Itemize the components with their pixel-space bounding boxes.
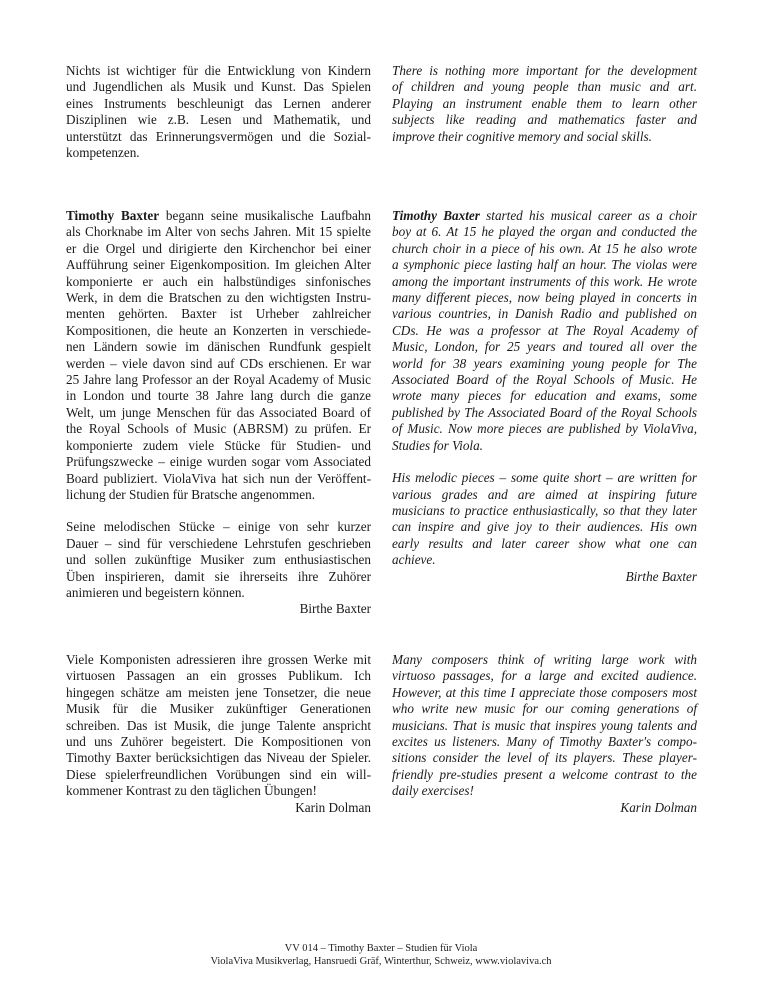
text-line: virtuoso passages, for a large and excit… bbox=[392, 668, 697, 684]
text-line: Musik für die Musiker zukünftiger Genera… bbox=[66, 701, 371, 717]
text-line: of Music. Now more pieces are published … bbox=[392, 421, 697, 437]
bio-german-first-line: Timothy Baxter begann seine musikalische… bbox=[66, 208, 371, 224]
text-line: musicians. That is music that inspires y… bbox=[392, 718, 697, 734]
page-footer: VV 014 – Timothy Baxter – Studien für Vi… bbox=[0, 942, 762, 968]
text-line: can inspire and give joy to their audien… bbox=[392, 519, 697, 535]
intro-english: There is nothing more important for the … bbox=[392, 63, 697, 145]
quote-english: Many composers think of writing large wo… bbox=[392, 652, 697, 816]
footer-publisher: ViolaViva Musikverlag, Hansruedi Gräf, W… bbox=[0, 955, 762, 968]
text-line: CDs. He was a professor at The Royal Aca… bbox=[392, 323, 697, 339]
text-line: subjects like reading and mathematics fa… bbox=[392, 112, 697, 128]
text-line: church choir in a piece of his own. At 1… bbox=[392, 241, 697, 257]
text-line: improve their cognitive memory and socia… bbox=[392, 129, 697, 145]
text-line: Viele Komponisten adressieren ihre gross… bbox=[66, 652, 371, 668]
text-line: Playing an instrument enable them to lea… bbox=[392, 96, 697, 112]
text-line: Music, London, for 25 years and toured a… bbox=[392, 339, 697, 355]
text-line: als Chorknabe im Alter von sechs Jahren.… bbox=[66, 224, 371, 240]
text-line: Dauer – sind für verschiedene Lehrstufen… bbox=[66, 536, 371, 552]
text-line: Timothy Baxter berücksichtigen das Nivea… bbox=[66, 750, 371, 766]
bio-english: Timothy Baxter started his musical caree… bbox=[392, 208, 697, 585]
text-line: His melodic pieces – some quite short – … bbox=[392, 470, 697, 486]
text-line: achieve. bbox=[392, 552, 697, 568]
text-line: Diese spielerfreundlichen Vorübungen sin… bbox=[66, 767, 371, 783]
text-line: Studies for Viola. bbox=[392, 438, 697, 454]
text-line: Üben inspirieren, damit sie ihrerseits i… bbox=[66, 569, 371, 585]
quote-german: Viele Komponisten adressieren ihre gross… bbox=[66, 652, 371, 816]
quote-german-body: Viele Komponisten adressieren ihre gross… bbox=[66, 652, 371, 800]
text-line: Associated Board of the Royal Schools of… bbox=[392, 372, 697, 388]
text-line: Nichts ist wichtiger für die Entwicklung… bbox=[66, 63, 371, 79]
composer-name-en: Timothy Baxter bbox=[392, 208, 480, 223]
text-line: komponierte er auch ein halbstündiges si… bbox=[66, 274, 371, 290]
text-line: und sollen zukünftige Musiker zum enthus… bbox=[66, 552, 371, 568]
text-line: world for 38 years examining young peopl… bbox=[392, 356, 697, 372]
text-line: Prüfungszwecke – einige wurden sogar vom… bbox=[66, 454, 371, 470]
text-line: komponierte zudem viele Stücke für Studi… bbox=[66, 438, 371, 454]
text-line: Werk, in dem die Bratschen zu den wichti… bbox=[66, 290, 371, 306]
bio-english-p2: His melodic pieces – some quite short – … bbox=[392, 470, 697, 568]
bio-english-first-line: Timothy Baxter started his musical caree… bbox=[392, 208, 697, 224]
text-line: friendly pre-studies present a welcome c… bbox=[392, 767, 697, 783]
signature-karin-dolman-de: Karin Dolman bbox=[66, 800, 371, 816]
signature-birthe-baxter-de: Birthe Baxter bbox=[66, 601, 371, 617]
text-line: Seine melodischen Stücke – einige von se… bbox=[66, 519, 371, 535]
text-line: eines Instruments beschleunigt das Lerne… bbox=[66, 96, 371, 112]
text-line: boy at 6. At 15 he played the organ and … bbox=[392, 224, 697, 240]
text-line: Board publiziert. ViolaViva hat sich nun… bbox=[66, 471, 371, 487]
text-line: Many composers think of writing large wo… bbox=[392, 652, 697, 668]
text-line: musicians to practice enthusiastically, … bbox=[392, 503, 697, 519]
text-line: unterstützt das Erinnerungsvermögen und … bbox=[66, 129, 371, 145]
text-line: various grades and are aimed at inspirin… bbox=[392, 487, 697, 503]
bio-english-body: boy at 6. At 15 he played the organ and … bbox=[392, 224, 697, 454]
text-line: er die Orgel und dirigierte den Kirchenc… bbox=[66, 241, 371, 257]
text-line: menten gehörten. Baxter ist Urheber zahl… bbox=[66, 306, 371, 322]
text-line: in London und tourte 38 Jahre lang durch… bbox=[66, 388, 371, 404]
text-line: many different pieces, now being played … bbox=[392, 290, 697, 306]
text-line: sitions consider the level of its player… bbox=[392, 750, 697, 766]
footer-title: VV 014 – Timothy Baxter – Studien für Vi… bbox=[0, 942, 762, 955]
text-line: of children and young people than music … bbox=[392, 79, 697, 95]
bio-german-body: als Chorknabe im Alter von sechs Jahren.… bbox=[66, 224, 371, 503]
quote-english-body: Many composers think of writing large wo… bbox=[392, 652, 697, 800]
text-line: schreiben. Das ist Musik, die junge Tale… bbox=[66, 718, 371, 734]
text-line: who write new music for our coming gener… bbox=[392, 701, 697, 717]
text-line: various countries, in Danish Radio and p… bbox=[392, 306, 697, 322]
text-line: virtuosen Passagen an ein grosses Publik… bbox=[66, 668, 371, 684]
text-line: animieren und begeistern können. bbox=[66, 585, 371, 601]
text-line: among the important instruments of this … bbox=[392, 274, 697, 290]
text-line: Aufführung seiner Eigenkomposition. Im g… bbox=[66, 257, 371, 273]
text-line: und Jugendlichen als Musik und Kunst. Da… bbox=[66, 79, 371, 95]
text-line: kommener Kontrast zu den täglichen Übung… bbox=[66, 783, 371, 799]
bio-german-p2: Seine melodischen Stücke – einige von se… bbox=[66, 519, 371, 601]
bio-german: Timothy Baxter begann seine musikalische… bbox=[66, 208, 371, 618]
composer-name: Timothy Baxter bbox=[66, 208, 159, 223]
text-line: the Royal Schools of Music (ABRSM) zu pr… bbox=[66, 421, 371, 437]
text-line: daily exercises! bbox=[392, 783, 697, 799]
signature-karin-dolman-en: Karin Dolman bbox=[392, 800, 697, 816]
text-line: published by The Associated Board of the… bbox=[392, 405, 697, 421]
text-line: und uns Zuhörer begeistert. Die Komposit… bbox=[66, 734, 371, 750]
text-line: werden – viele davon sind auf CDs erschi… bbox=[66, 356, 371, 372]
text-line: lichung der Studien für Bratsche angenom… bbox=[66, 487, 371, 503]
text-line: wrote many pieces for education and exam… bbox=[392, 388, 697, 404]
text-line: hingegen schätze am meisten jene Tonsetz… bbox=[66, 685, 371, 701]
text-line: Kompositionen, die heute an Konzerten in… bbox=[66, 323, 371, 339]
text-line: nen Ländern sowie im dänischen Rundfunk … bbox=[66, 339, 371, 355]
text-line: 25 Jahre lang Professor an der Royal Aca… bbox=[66, 372, 371, 388]
text-line: early results and later career show what… bbox=[392, 536, 697, 552]
text-line: Welt, um junge Menschen für das Associat… bbox=[66, 405, 371, 421]
text-line: a symphonic piece lasting half an hour. … bbox=[392, 257, 697, 273]
signature-birthe-baxter-en: Birthe Baxter bbox=[392, 569, 697, 585]
text-line: kompetenzen. bbox=[66, 145, 371, 161]
intro-german: Nichts ist wichtiger für die Entwicklung… bbox=[66, 63, 371, 161]
text-line: Disziplinen wie z.B. Lesen und Mathemati… bbox=[66, 112, 371, 128]
text-line: excites us listeners. Many of Timothy Ba… bbox=[392, 734, 697, 750]
text-line: There is nothing more important for the … bbox=[392, 63, 697, 79]
text-line: However, at this time I appreciate those… bbox=[392, 685, 697, 701]
